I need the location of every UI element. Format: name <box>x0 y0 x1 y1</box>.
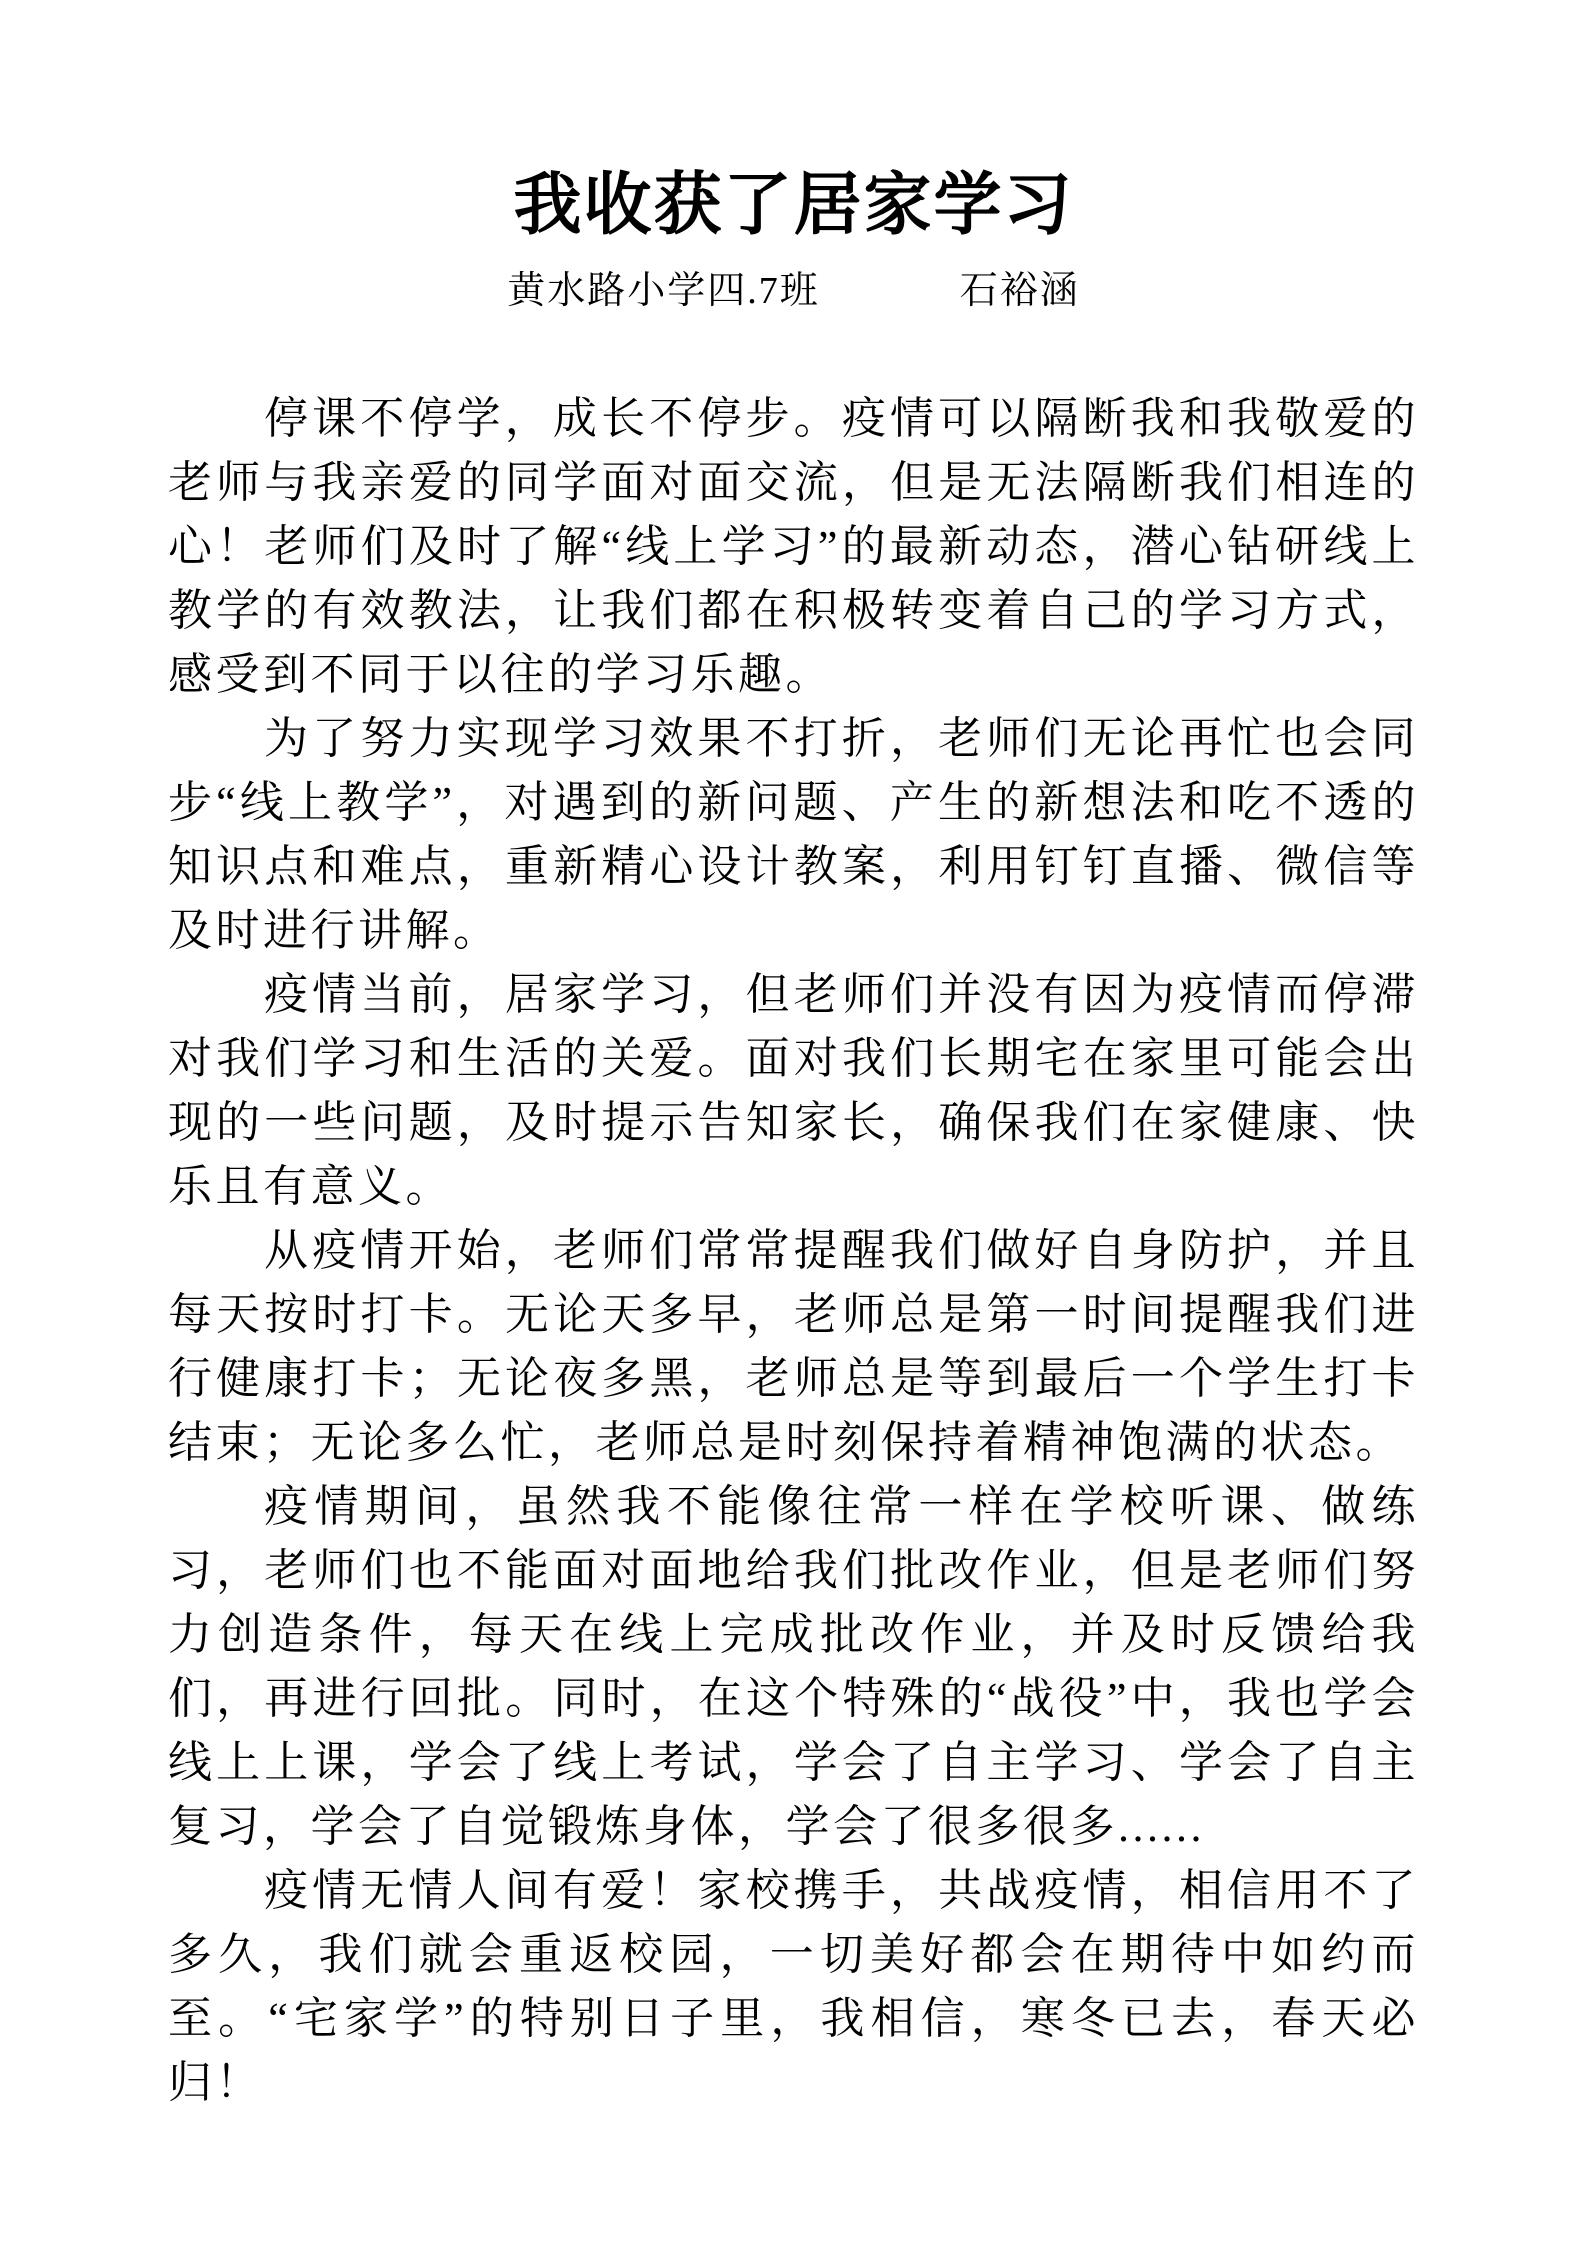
paragraph: 为了努力实现学习效果不打折，老师们无论再忙也会同步“线上教学”，对遇到的新问题、… <box>168 707 1419 963</box>
paragraph: 从疫情开始，老师们常常提醒我们做好自身防护，并且每天按时打卡。无论天多早，老师总… <box>168 1219 1419 1475</box>
paragraph: 停课不停学，成长不停步。疫情可以隔断我和我敬爱的老师与我亲爱的同学面对面交流，但… <box>168 387 1419 707</box>
document-title: 我收获了居家学习 <box>168 170 1419 241</box>
document-content: 我收获了居家学习 黄水路小学四.7班石裕涵 停课不停学，成长不停步。疫情可以隔断… <box>0 0 1587 2115</box>
paragraph: 疫情期间，虽然我不能像往常一样在学校听课、做练习，老师们也不能面对面地给我们批改… <box>168 1475 1419 1859</box>
essay-body: 停课不停学，成长不停步。疫情可以隔断我和我敬爱的老师与我亲爱的同学面对面交流，但… <box>168 387 1419 2115</box>
paragraph: 疫情无情人间有爱！家校携手，共战疫情，相信用不了多久，我们就会重返校园，一切美好… <box>168 1859 1419 2115</box>
byline-author: 石裕涵 <box>960 270 1080 312</box>
byline-school-class: 黄水路小学四.7班 <box>507 270 820 312</box>
paragraph: 疫情当前，居家学习，但老师们并没有因为疫情而停滞对我们学习和生活的关爱。面对我们… <box>168 963 1419 1219</box>
byline: 黄水路小学四.7班石裕涵 <box>168 267 1419 316</box>
document-page: 我收获了居家学习 黄水路小学四.7班石裕涵 停课不停学，成长不停步。疫情可以隔断… <box>0 0 1587 2245</box>
